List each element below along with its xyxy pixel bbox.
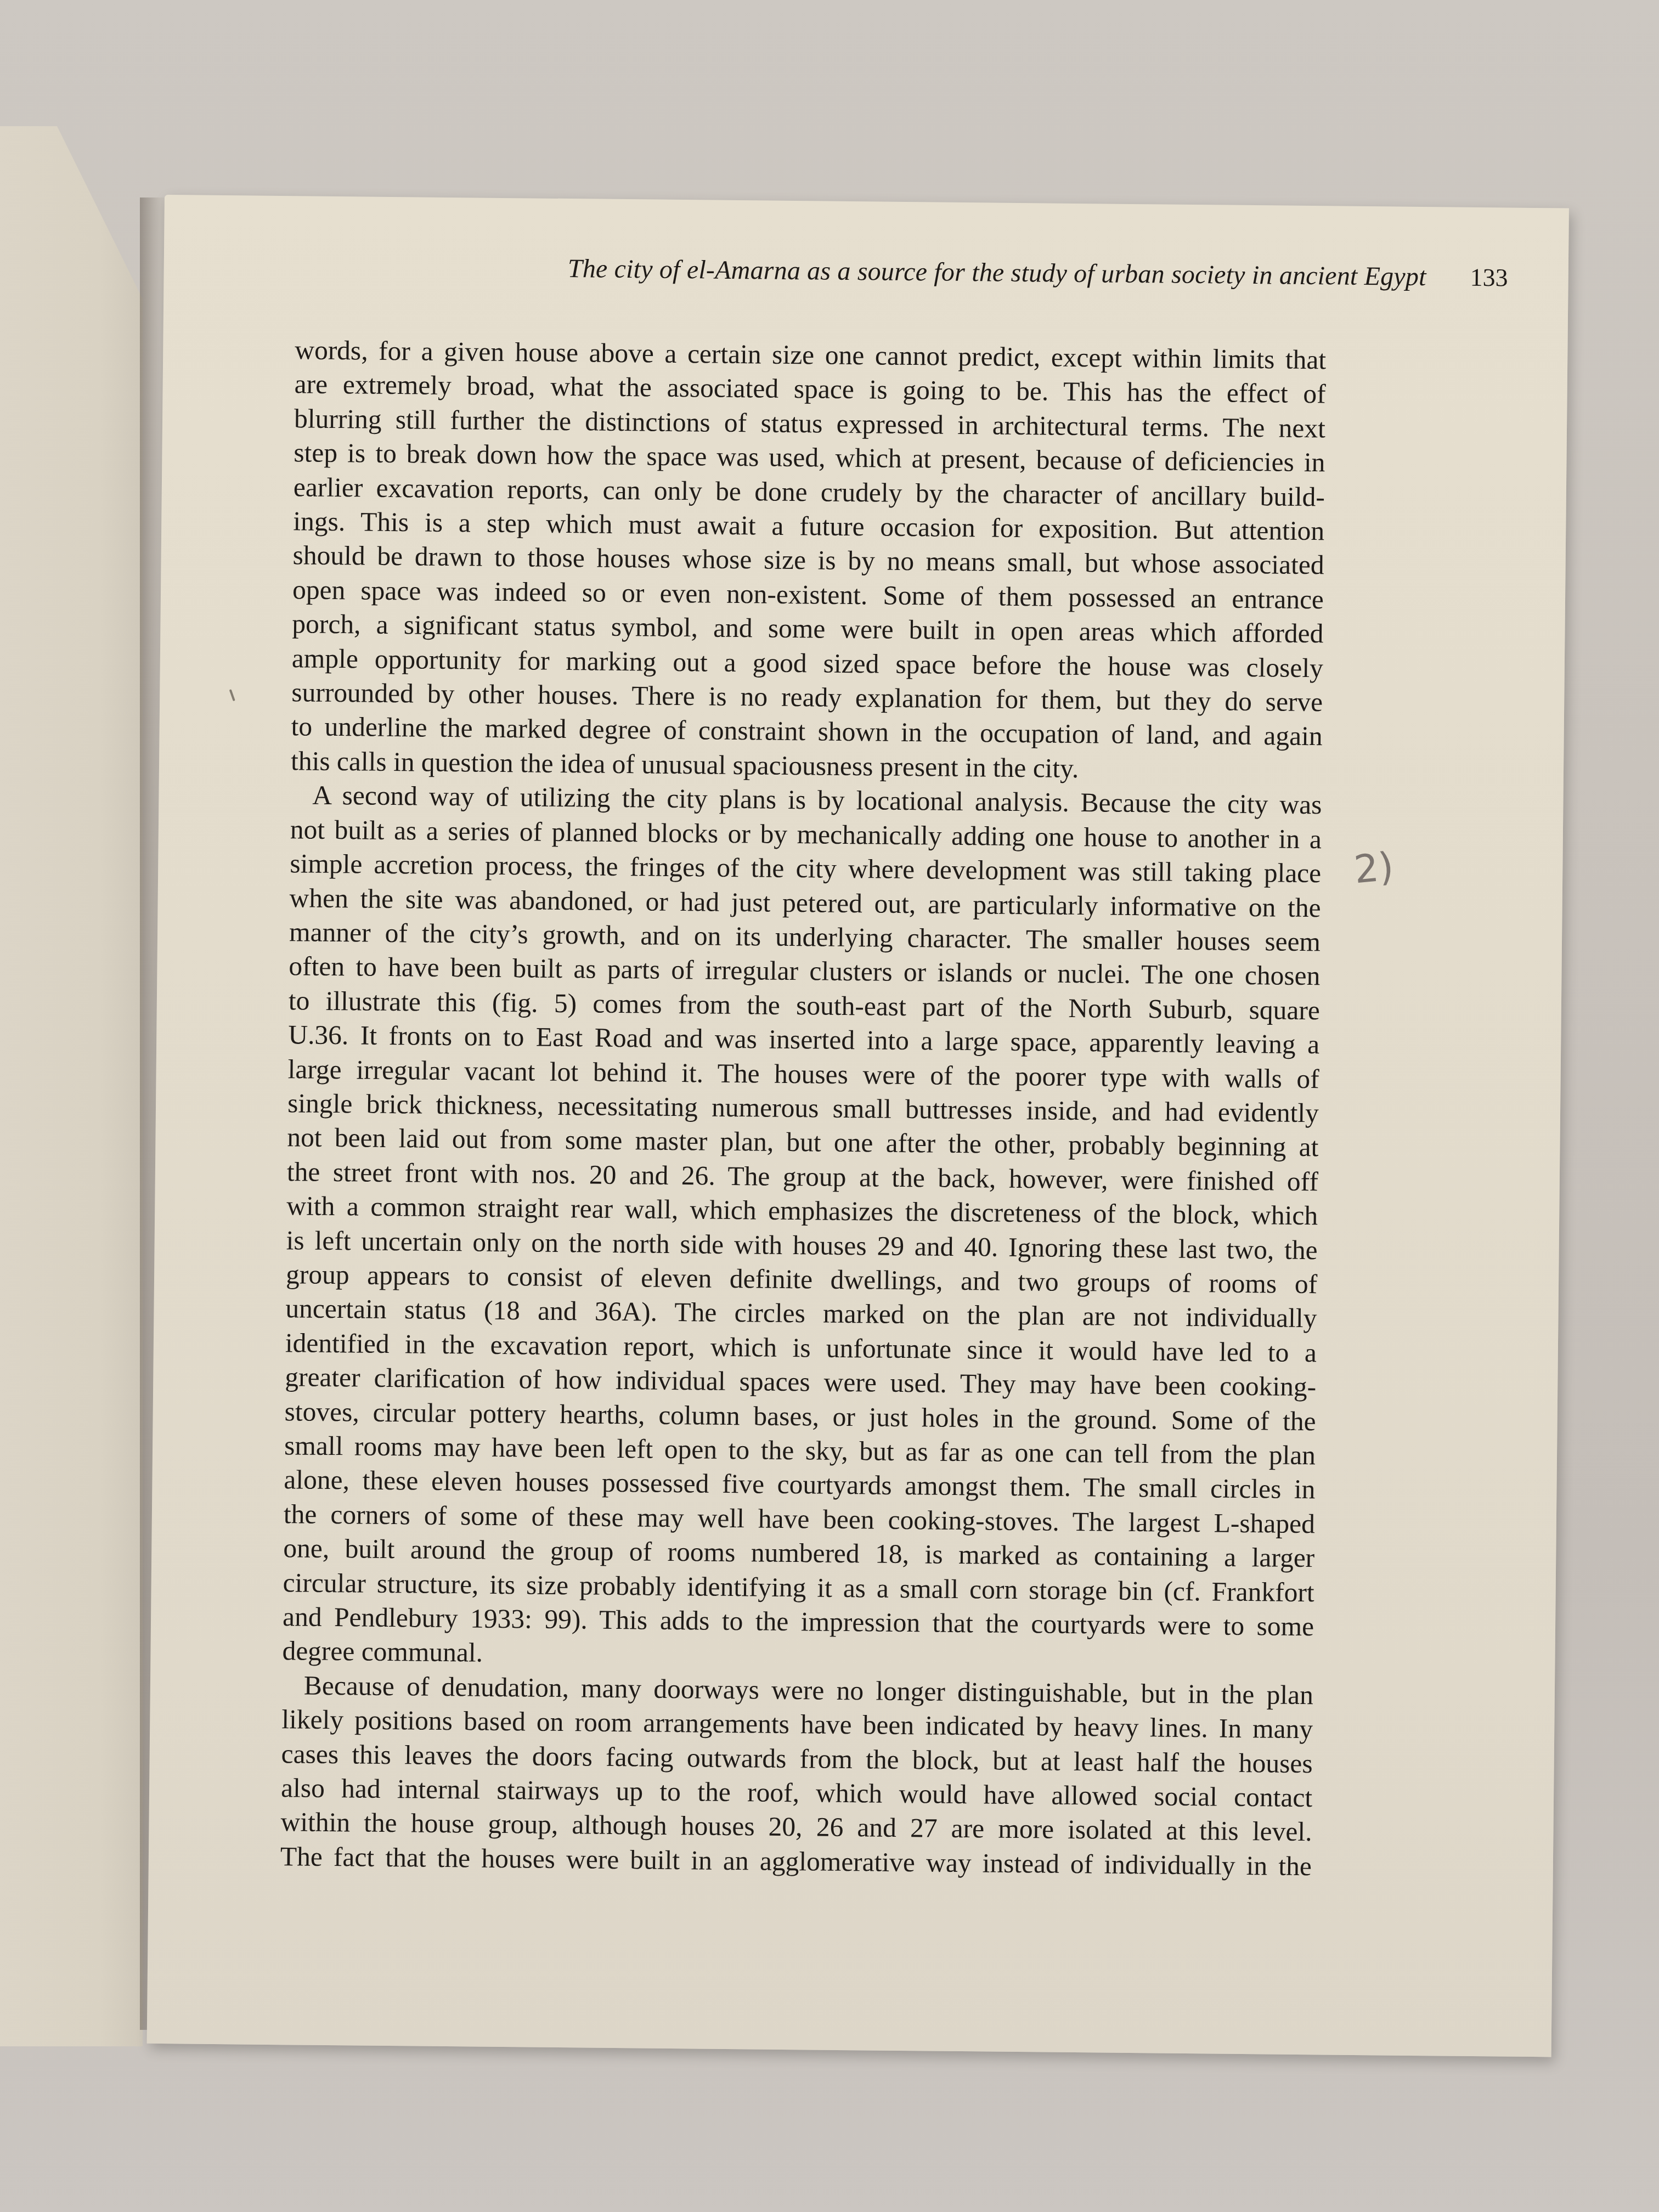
paragraph: A second way of utilizing the city plans… [282, 778, 1322, 1679]
paper-speck [229, 689, 235, 701]
paragraph: Because of denudation, many doorways wer… [280, 1668, 1314, 1883]
handwritten-margin-annotation: 2) [1352, 844, 1396, 892]
running-header: The city of el-Amarna as a source for th… [323, 251, 1508, 293]
running-title: The city of el-Amarna as a source for th… [568, 253, 1426, 292]
body-text: words, for a given house above a certain… [280, 333, 1327, 1883]
page-number: 133 [1470, 263, 1508, 292]
paragraph: words, for a given house above a certain… [291, 333, 1327, 788]
book-page: The city of el-Amarna as a source for th… [147, 195, 1569, 2057]
previous-page-edge [0, 126, 143, 2046]
photo-scene: The city of el-Amarna as a source for th… [0, 0, 1659, 2212]
